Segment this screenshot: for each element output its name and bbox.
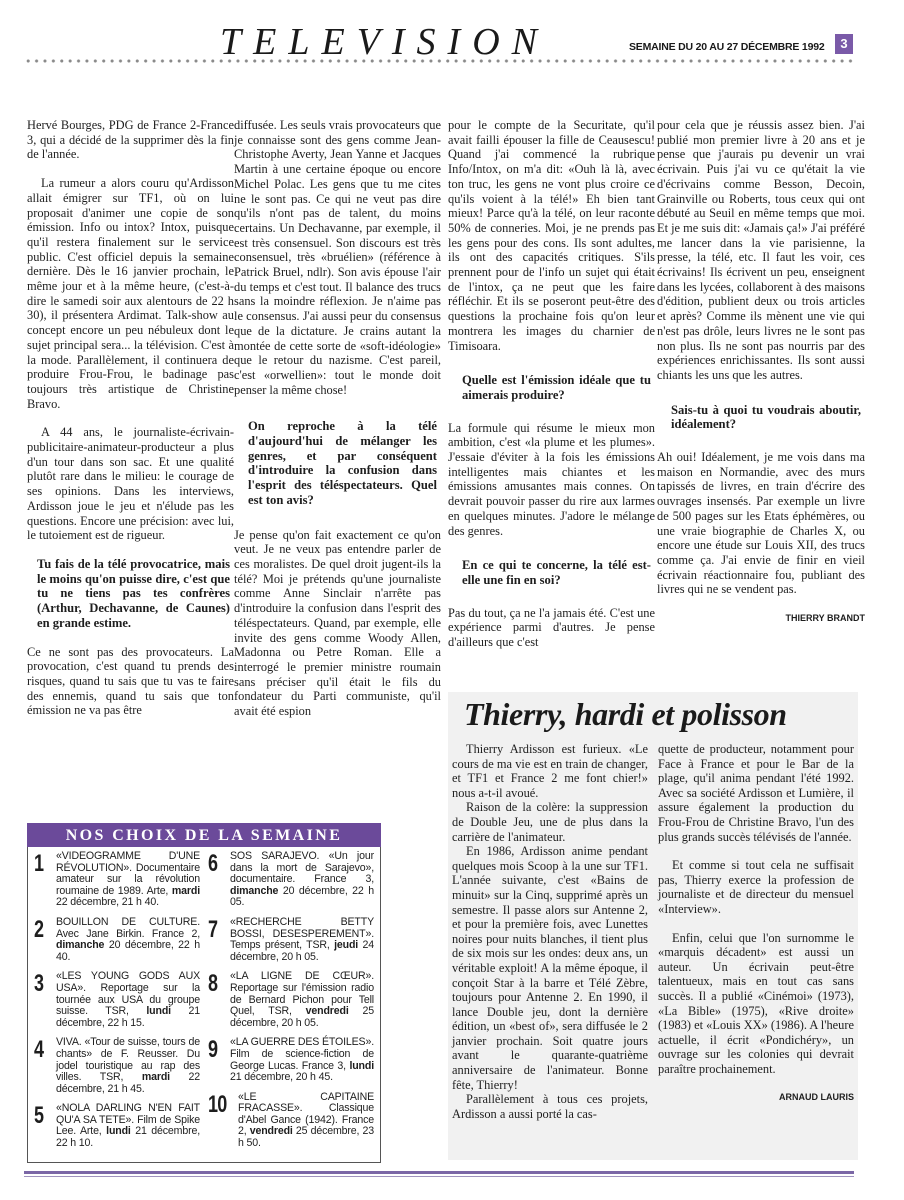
interview-question: Quelle est l'émission idéale que tu aime…	[462, 373, 651, 402]
interview-question: On reproche à la télé d'aujourd'hui de m…	[248, 419, 437, 507]
pick-rank: 4	[34, 1037, 51, 1095]
pick-description: «LA LIGNE DE CŒUR». Reportage sur l'émis…	[230, 971, 374, 1029]
pick-item: 5«NOLA DARLING N'EN FAIT QU'A SA TETE». …	[34, 1103, 200, 1149]
paragraph: Thierry Ardisson est furieux. «Le cours …	[452, 742, 648, 800]
pick-item: 2BOUILLON DE CULTURE. Avec Jane Birkin. …	[34, 917, 200, 963]
paragraph: La rumeur a alors couru qu'Ardisson alla…	[27, 176, 234, 411]
article-column-2: quette de producteur, notamment pour Fac…	[658, 742, 854, 1105]
weekly-picks-box: NOS CHOIX DE LA SEMAINE 1«VIDEOGRAMME D'…	[27, 823, 381, 1163]
pick-day: jeudi	[334, 939, 358, 951]
pick-description: «RECHERCHE BETTY BOSSI, DESESPEREMENT». …	[230, 917, 374, 963]
pick-details: BOUILLON DE CULTURE. Avec Jane Birkin. F…	[56, 916, 200, 940]
interview-answer: pour le compte de la Securitate, qu'il a…	[448, 118, 655, 353]
pick-details: SOS SARAJEVO. «Un jour dans la mort de S…	[230, 850, 374, 885]
pick-day: lundi	[106, 1125, 131, 1137]
interview-column-3: pour le compte de la Securitate, qu'il a…	[448, 118, 655, 664]
pick-item: 1«VIDEOGRAMME D'UNE RÉVOLUTION». Documen…	[34, 851, 200, 909]
picks-column-right: 6SOS SARAJEVO. «Un jour dans la mort de …	[208, 851, 374, 1162]
pick-day: mardi	[142, 1071, 170, 1083]
article-headline: Thierry, hardi et polisson	[464, 696, 787, 733]
picks-list: 1«VIDEOGRAMME D'UNE RÉVOLUTION». Documen…	[27, 847, 381, 1163]
page-number-badge: 3	[835, 34, 853, 54]
article-column-1: Thierry Ardisson est furieux. «Le cours …	[452, 742, 648, 1121]
interview-column-1: Hervé Bourges, PDG de France 2-France 3,…	[27, 118, 234, 732]
paragraph: Enfin, celui que l'on surnomme le «marqu…	[658, 931, 854, 1077]
pick-rank: 5	[34, 1103, 51, 1149]
pick-time: 21 décembre, 20 h 45.	[230, 1071, 333, 1083]
pick-day: vendredi	[250, 1125, 293, 1137]
pick-description: VIVA. «Tour de suisse, tours de chants» …	[56, 1037, 200, 1095]
pick-description: SOS SARAJEVO. «Un jour dans la mort de S…	[230, 851, 374, 909]
pick-item: 8«LA LIGNE DE CŒUR». Reportage sur l'émi…	[208, 971, 374, 1029]
pick-description: «NOLA DARLING N'EN FAIT QU'A SA TETE». F…	[56, 1103, 200, 1149]
pick-description: «LE CAPITAINE FRACASSE». Classique d'Abe…	[238, 1092, 374, 1150]
pick-rank: 9	[208, 1037, 225, 1083]
interview-answer: Je pense qu'on fait exactement ce qu'on …	[234, 528, 441, 719]
pick-rank: 10	[208, 1092, 231, 1150]
pick-rank: 8	[208, 971, 225, 1029]
interview-answer: La formule qui résume le mieux mon ambit…	[448, 421, 655, 539]
pick-item: 7«RECHERCHE BETTY BOSSI, DESESPEREMENT».…	[208, 917, 374, 963]
picks-column-left: 1«VIDEOGRAMME D'UNE RÉVOLUTION». Documen…	[34, 851, 200, 1162]
pick-item: 4VIVA. «Tour de suisse, tours de chants»…	[34, 1037, 200, 1095]
footer-rule	[24, 1171, 854, 1174]
pick-description: «LES YOUNG GODS AUX USA». Reportage sur …	[56, 971, 200, 1029]
interview-column-2: diffusée. Les seuls vrais provocateurs q…	[234, 118, 441, 733]
picks-header: NOS CHOIX DE LA SEMAINE	[27, 823, 381, 847]
byline: ARNAUD LAURIS	[658, 1090, 854, 1105]
pick-rank: 7	[208, 917, 225, 963]
pick-day: dimanche	[56, 939, 104, 951]
interview-answer: diffusée. Les seuls vrais provocateurs q…	[234, 118, 441, 397]
pick-time: 22 décembre, 21 h 40.	[56, 896, 159, 908]
issue-week-label: SEMAINE DU 20 AU 27 DÉCEMBRE 1992	[629, 41, 825, 53]
pick-description: «LA GUERRE DES ÉTOILES». Film de science…	[230, 1037, 374, 1083]
footer-rule-thin	[24, 1176, 854, 1177]
pick-rank: 3	[34, 971, 51, 1029]
dotted-divider	[24, 58, 854, 64]
interview-column-4: pour cela que je réussis assez bien. J'a…	[657, 118, 865, 640]
paragraph: Hervé Bourges, PDG de France 2-France 3,…	[27, 118, 234, 162]
sidebar-article: Thierry, hardi et polisson Thierry Ardis…	[448, 692, 858, 1160]
interview-answer: pour cela que je réussis assez bien. J'a…	[657, 118, 865, 383]
interview-answer: Ah oui! Idéalement, je me vois dans ma m…	[657, 450, 865, 597]
interview-question: Tu fais de la télé provocatrice, mais le…	[37, 557, 230, 631]
pick-description: BOUILLON DE CULTURE. Avec Jane Birkin. F…	[56, 917, 200, 963]
pick-rank: 6	[208, 851, 225, 909]
pick-item: 10«LE CAPITAINE FRACASSE». Classique d'A…	[208, 1092, 374, 1150]
paragraph: Et comme si tout cela ne suffisait pas, …	[658, 858, 854, 916]
pick-item: 6SOS SARAJEVO. «Un jour dans la mort de …	[208, 851, 374, 909]
pick-day: lundi	[146, 1005, 171, 1017]
pick-description: «VIDEOGRAMME D'UNE RÉVOLUTION». Document…	[56, 851, 200, 909]
pick-rank: 2	[34, 917, 51, 963]
pick-rank: 1	[34, 851, 51, 909]
interview-question: Sais-tu à quoi tu voudrais aboutir, idéa…	[671, 403, 861, 432]
pick-day: lundi	[349, 1060, 374, 1072]
pick-item: 3«LES YOUNG GODS AUX USA». Reportage sur…	[34, 971, 200, 1029]
pick-day: mardi	[172, 885, 200, 897]
paragraph: Parallèlement à tous ces projets, Ardiss…	[452, 1092, 648, 1121]
paragraph: quette de producteur, notamment pour Fac…	[658, 742, 854, 844]
paragraph: A 44 ans, le journaliste-écrivain-public…	[27, 425, 234, 543]
paragraph: En 1986, Ardisson anime pendant quelques…	[452, 844, 648, 1092]
interview-question: En ce qui te concerne, la télé est-elle …	[462, 558, 651, 587]
interview-answer: Ce ne sont pas des provocateurs. La prov…	[27, 645, 234, 719]
paragraph: Raison de la colère: la suppression de D…	[452, 800, 648, 844]
pick-item: 9«LA GUERRE DES ÉTOILES». Film de scienc…	[208, 1037, 374, 1083]
pick-day: dimanche	[230, 885, 278, 897]
byline: THIERRY BRANDT	[657, 611, 865, 626]
pick-day: vendredi	[306, 1005, 349, 1017]
interview-answer: Pas du tout, ça ne l'a jamais été. C'est…	[448, 606, 655, 650]
